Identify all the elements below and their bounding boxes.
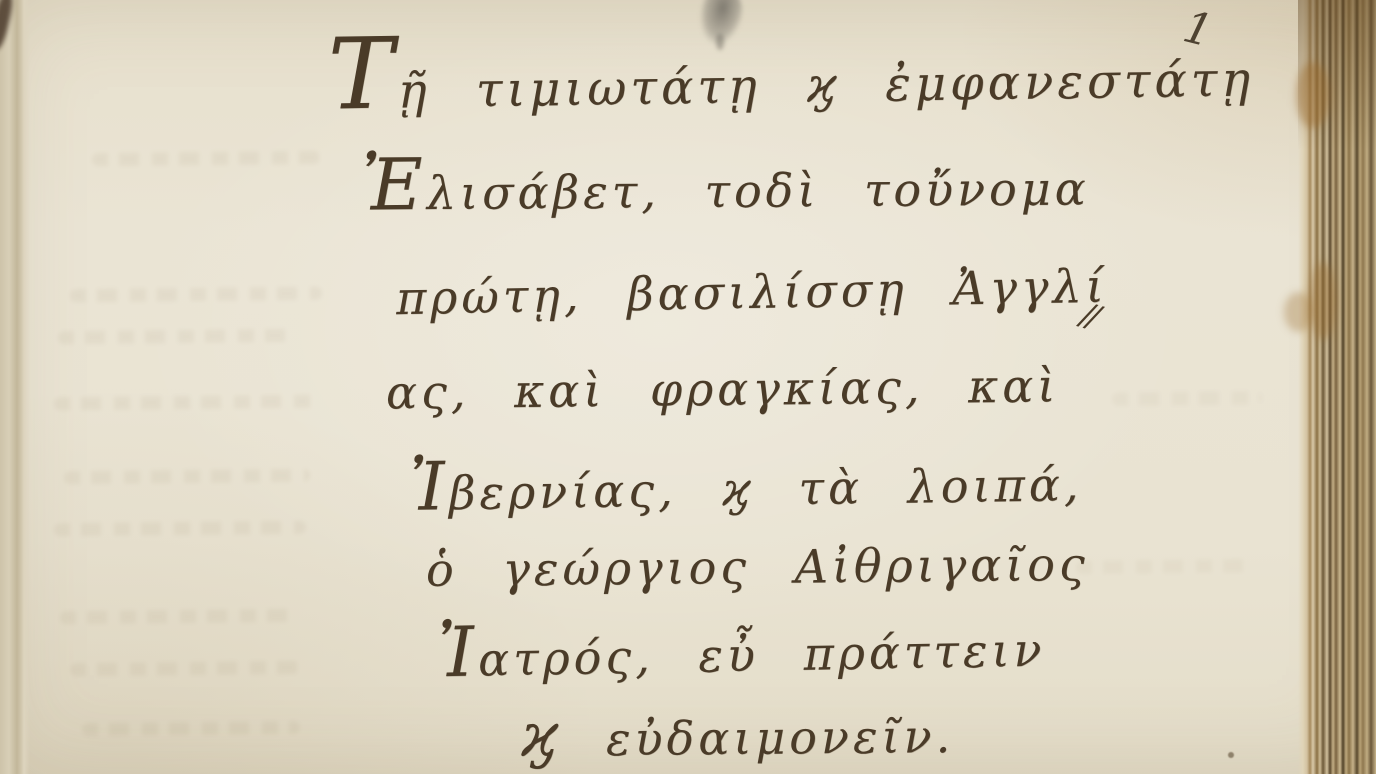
manuscript-line-2: Ἐλισάβετ, τοδὶ τοὔνομα — [362, 144, 1090, 220]
gutter-stain — [1284, 292, 1314, 332]
manuscript-line-4: ας, καὶ φραγκίας, καὶ — [386, 362, 1060, 415]
show-through-text — [1112, 391, 1262, 406]
show-through-text — [54, 521, 306, 537]
book-page-edges — [1298, 0, 1376, 774]
gutter-stain — [1296, 62, 1330, 128]
show-through-text — [82, 721, 300, 736]
page-left-edge — [0, 0, 30, 774]
stray-ink-dot — [1228, 752, 1234, 758]
show-through-text — [92, 151, 320, 166]
show-through-text — [70, 661, 300, 676]
manuscript-line-1: Τῇ τιμιωτάτῃ ϗ ἐμφανεστάτῃ — [327, 14, 1254, 125]
show-through-text — [54, 395, 316, 411]
show-through-text — [58, 329, 298, 345]
show-through-text — [60, 609, 300, 625]
manuscript-line-6: ὁ γεώργιος Αἰθριγαῖος — [426, 541, 1089, 593]
manuscript-line-8: ϗ εὐδαιμονεῖν. — [520, 703, 955, 767]
show-through-text — [1076, 559, 1256, 574]
gutter-stain — [1310, 262, 1336, 340]
manuscript-photo: Τῇ τιμιωτάτῃ ϗ ἐμφανεστάτῃ Ἐλισάβετ, τοδ… — [0, 0, 1376, 774]
manuscript-line-5: Ἰβερνίας, ϗ τὰ λοιπά, — [410, 444, 1083, 520]
show-through-text — [70, 287, 322, 303]
manuscript-line-3: πρώτῃ, βασιλίσσῃ Ἀγγλί — [396, 263, 1108, 321]
show-through-text — [64, 469, 310, 485]
manuscript-line-7: Ἰατρός, εὖ πράττειν — [437, 609, 1046, 689]
